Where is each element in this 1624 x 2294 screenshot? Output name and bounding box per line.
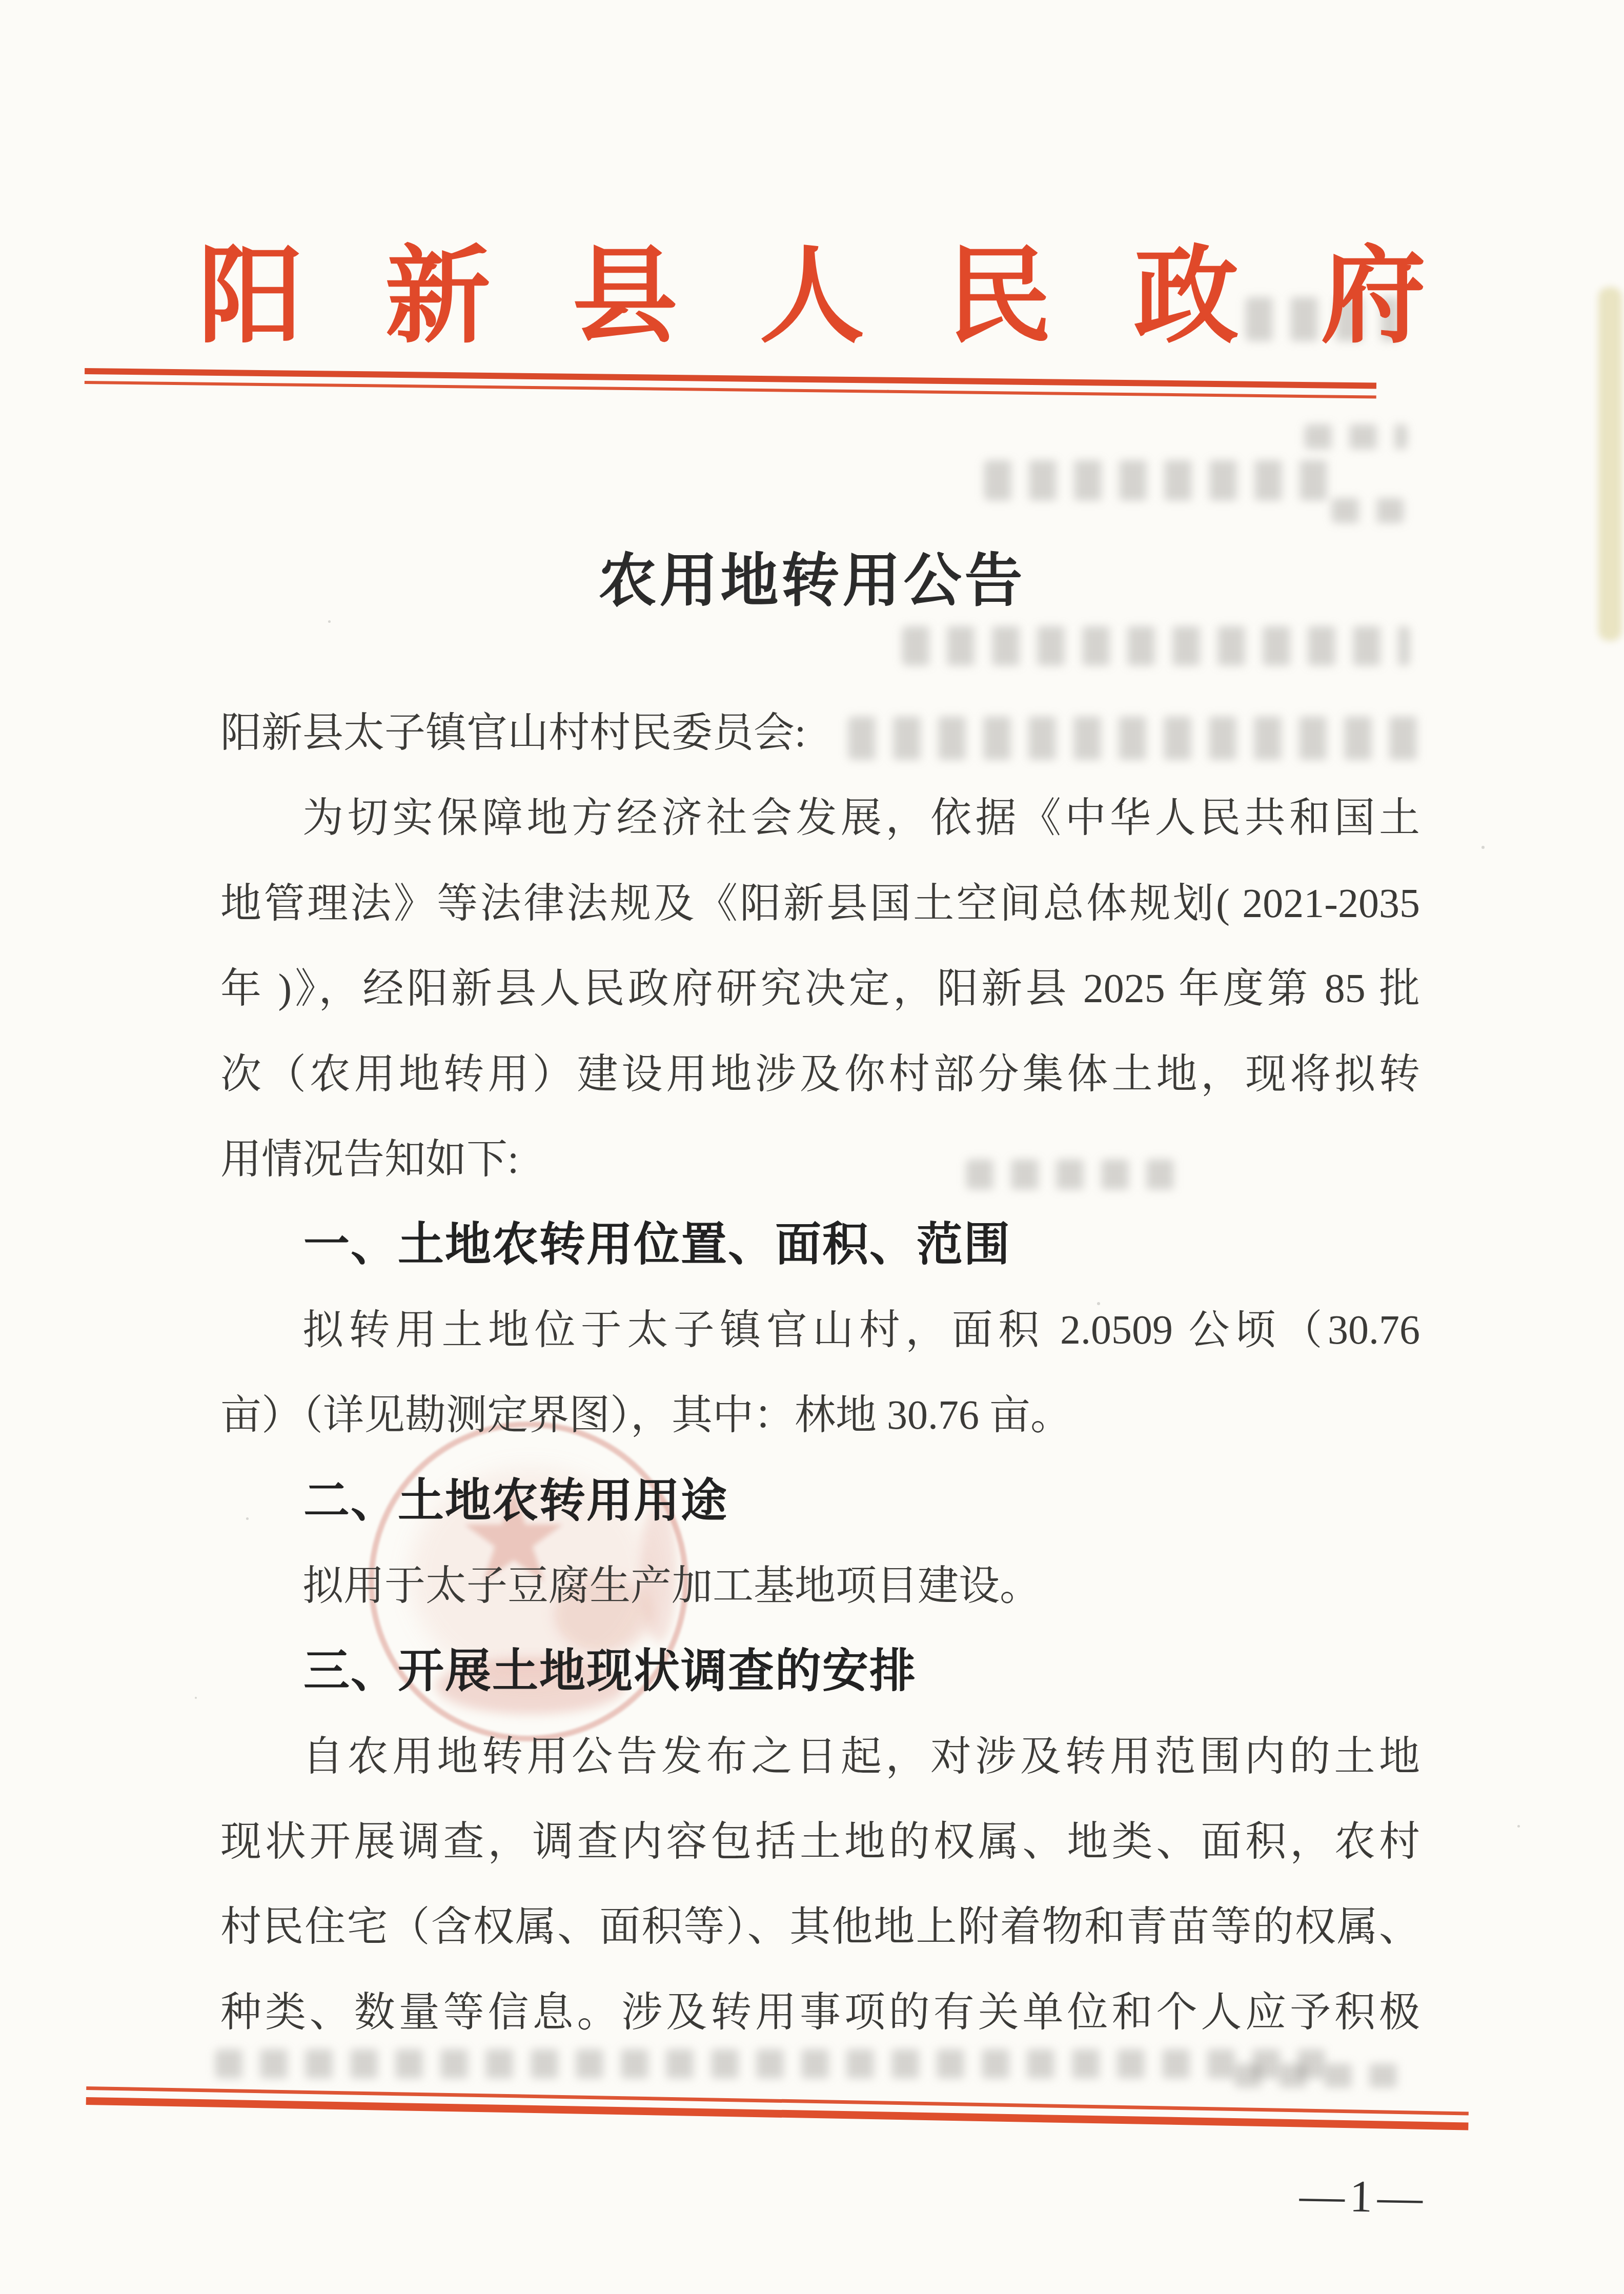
section-heading-1: 一、土地农转用位置、面积、范围 bbox=[220, 1202, 1420, 1287]
document-body: 阳新县太子镇官山村村民委员会: 为切实保障地方经济社会发展，依据《中华人民共和国… bbox=[220, 691, 1420, 2055]
body-line: 村民住宅（含权属、面积等）、其他地上附着物和青苗等的权属、 bbox=[220, 1884, 1420, 1970]
body-line: 次（农用地转用）建设用地涉及你村部分集体土地，现将拟转 bbox=[220, 1032, 1420, 1117]
section-heading-3: 三、开展土地现状调查的安排 bbox=[220, 1629, 1420, 1714]
bleedthrough-smudge bbox=[902, 626, 1410, 665]
scanned-document-page: ★ 阳新县人民政府 农用地转用公告 阳新县太子镇官山村村民委员会: 为切实保障地… bbox=[0, 0, 1624, 2294]
body-line: 用情况告知如下: bbox=[220, 1117, 1420, 1202]
scan-speck bbox=[1481, 846, 1485, 849]
bleedthrough-smudge bbox=[1332, 498, 1404, 523]
bleedthrough-smudge bbox=[1234, 2064, 1407, 2087]
section-heading-2: 二、土地农转用用途 bbox=[220, 1458, 1420, 1544]
footer-rules bbox=[86, 2086, 1469, 2130]
header-org-name: 阳新县人民政府 bbox=[0, 228, 1624, 367]
body-line: 拟用于太子豆腐生产加工基地项目建设。 bbox=[220, 1544, 1420, 1629]
bleedthrough-smudge bbox=[1305, 424, 1407, 449]
body-line: 拟转用土地位于太子镇官山村，面积 2.0509 公顷（30.76 bbox=[220, 1288, 1420, 1373]
body-line: 年 )》，经阳新县人民政府研究决定，阳新县 2025 年度第 85 批 bbox=[220, 946, 1420, 1031]
document-title: 农用地转用公告 bbox=[0, 534, 1624, 617]
body-line: 亩）（详见勘测定界图），其中：林地 30.76 亩。 bbox=[220, 1373, 1420, 1458]
body-line: 现状开展调查，调查内容包括土地的权属、地类、面积，农村 bbox=[220, 1799, 1420, 1884]
body-line: 自农用地转用公告发布之日起，对涉及转用范围内的土地 bbox=[220, 1714, 1420, 1799]
header-rules bbox=[85, 368, 1376, 399]
body-line: 为切实保障地方经济社会发展，依据《中华人民共和国土 bbox=[220, 776, 1420, 861]
scan-speck bbox=[328, 620, 331, 623]
scan-speck bbox=[1517, 1825, 1520, 1828]
body-line: 种类、数量等信息。涉及转用事项的有关单位和个人应予积极 bbox=[220, 1970, 1420, 2055]
bleedthrough-smudge bbox=[984, 460, 1338, 500]
scan-speck bbox=[195, 1697, 197, 1699]
body-line: 地管理法》等法律法规及《阳新县国土空间总体规划( 2021-2035 bbox=[220, 861, 1420, 946]
page-number: —1— bbox=[1291, 2170, 1436, 2224]
body-line-salutation: 阳新县太子镇官山村村民委员会: bbox=[220, 691, 1420, 776]
